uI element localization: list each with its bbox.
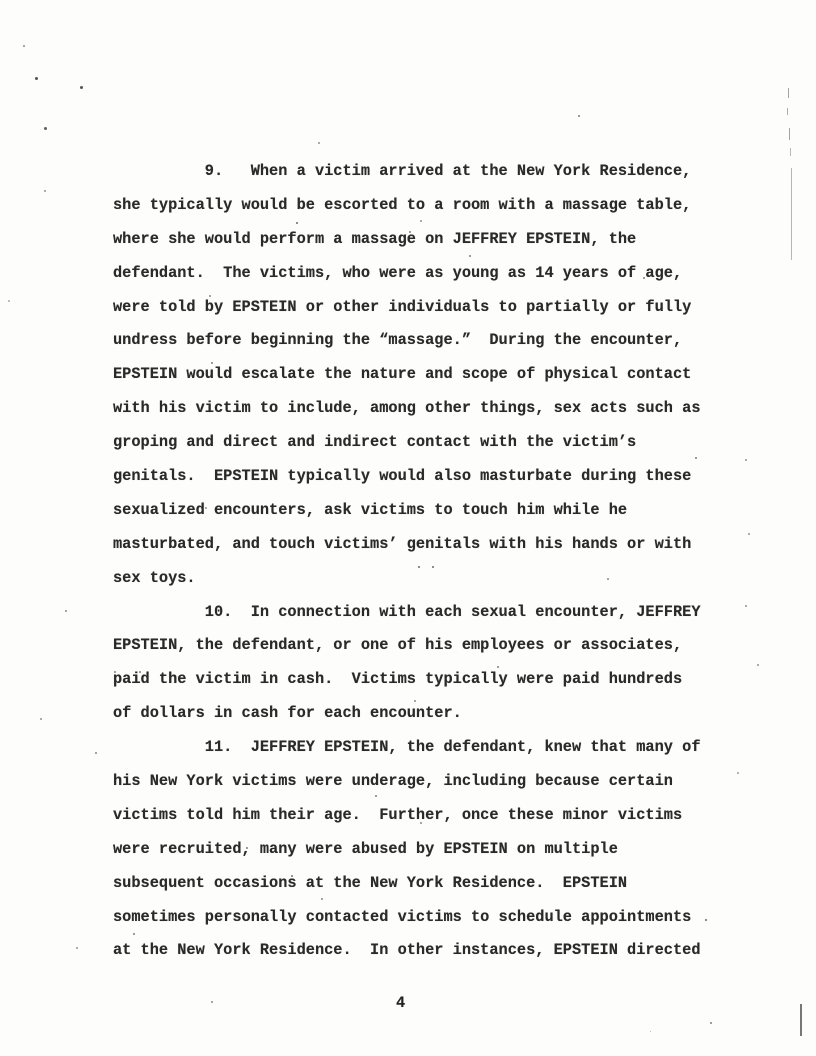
document-line: 11. JEFFREY EPSTEIN, the defendant, knew… [113, 731, 773, 765]
document-line: undress before beginning the “massage.” … [113, 324, 773, 358]
scan-speck [469, 255, 471, 257]
scan-edge-line [788, 88, 789, 98]
document-line: sex toys. [113, 562, 773, 596]
scan-speck [211, 362, 213, 364]
scan-speck [291, 875, 293, 877]
document-line: paid the victim in cash. Victims typical… [113, 663, 773, 697]
scan-speck [296, 222, 298, 224]
document-line: at the New York Residence. In other inst… [113, 934, 773, 968]
scan-speck [420, 822, 422, 824]
scan-speck [745, 459, 747, 461]
scan-speck [650, 1031, 651, 1032]
scan-edge-line [789, 128, 790, 140]
document-line: defendant. The victims, who were as youn… [113, 257, 773, 291]
scan-speck [705, 919, 707, 921]
document-line: with his victim to include, among other … [113, 392, 773, 426]
scanned-document-page: 9. When a victim arrived at the New York… [0, 0, 816, 1056]
scan-speck [8, 300, 10, 302]
document-line: she typically would be escorted to a roo… [113, 189, 773, 223]
scan-speck [737, 772, 739, 774]
document-line: groping and direct and indirect contact … [113, 426, 773, 460]
document-line: sometimes personally contacted victims t… [113, 901, 773, 935]
scan-speck [318, 142, 320, 144]
scan-speck [757, 664, 759, 666]
scan-speck [40, 718, 42, 720]
document-line: where she would perform a massage on JEF… [113, 223, 773, 257]
scan-speck [420, 220, 422, 222]
scan-speck [209, 295, 211, 297]
scan-speck [95, 752, 97, 754]
scan-edge-line [790, 148, 791, 156]
scan-speck [139, 671, 141, 673]
scan-speck [748, 533, 750, 535]
scan-edge-line [791, 168, 792, 260]
scan-speck [432, 566, 434, 568]
scan-speck [414, 700, 416, 702]
document-line: subsequent occasions at the New York Res… [113, 867, 773, 901]
document-body: 9. When a victim arrived at the New York… [113, 155, 773, 968]
document-line: 9. When a victim arrived at the New York… [113, 155, 773, 189]
scan-speck [133, 933, 135, 935]
scan-speck [23, 45, 25, 47]
scan-speck [44, 190, 46, 192]
scan-speck [745, 605, 747, 607]
scan-edge-line [800, 1004, 802, 1036]
scan-speck [321, 898, 323, 900]
scan-speck [643, 277, 645, 279]
scan-speck [375, 795, 377, 797]
scan-speck [76, 947, 78, 949]
document-line: 10. In connection with each sexual encou… [113, 596, 773, 630]
document-line: victims told him their age. Further, onc… [113, 799, 773, 833]
document-line: genitals. EPSTEIN typically would also m… [113, 460, 773, 494]
scan-speck [695, 457, 697, 459]
scan-speck [497, 666, 499, 668]
document-line: EPSTEIN, the defendant, or one of his em… [113, 629, 773, 663]
scan-speck [710, 1022, 712, 1024]
page-number: 4 [396, 994, 405, 1012]
scan-speck [607, 578, 609, 580]
document-line: were recruited, many were abused by EPST… [113, 833, 773, 867]
document-line: were told by EPSTEIN or other individual… [113, 291, 773, 325]
document-line: of dollars in cash for each encounter. [113, 697, 773, 731]
scan-speck [246, 847, 248, 849]
document-line: masturbated, and touch victims’ genitals… [113, 528, 773, 562]
scan-speck [114, 671, 116, 673]
scan-speck [205, 507, 207, 509]
scan-speck [418, 566, 420, 568]
document-line: his New York victims were underage, incl… [113, 765, 773, 799]
scan-speck [80, 86, 83, 89]
scan-speck [35, 77, 38, 80]
scan-speck [44, 127, 47, 130]
document-line: sexualized encounters, ask victims to to… [113, 494, 773, 528]
scan-edge-line [787, 108, 788, 115]
scan-speck [578, 115, 580, 117]
scan-speck [409, 231, 411, 233]
scan-speck [65, 610, 67, 612]
scan-speck [211, 1001, 213, 1003]
